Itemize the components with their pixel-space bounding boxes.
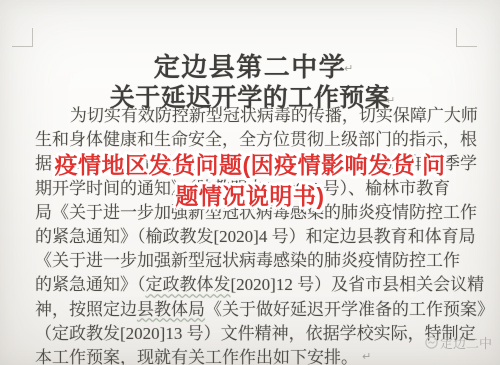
body-line: 的紧急通知》（榆政教发[2020]4 号）和定边县教育和体育局 (35, 225, 497, 249)
spellcheck-underline: 县教体局 (137, 300, 205, 319)
overlay-caption-banner: 疫情地区发货问题(因疫情影响发货 问 题情况说明书) (0, 150, 500, 212)
paragraph-mark: ↵ (344, 62, 353, 75)
body-line: 神，按照定边县教体局《关于做好延迟开学准备的工作预案》 (35, 298, 497, 322)
spellcheck-underline: 作出 (239, 348, 273, 365)
body-line: 为切实有效防控新型冠状病毒的传播，切实保障广大师 (35, 104, 497, 128)
overlay-caption-line2: 题情况说明书) (0, 181, 500, 212)
overlay-caption-line1: 疫情地区发货问题(因疫情影响发货 问 (0, 150, 500, 181)
body-line: 《关于进一步加强新型冠状病毒感染的肺炎疫情防控工作 (35, 249, 497, 273)
page-margin-mark-top-left (12, 28, 33, 47)
spellcheck-underline: 定政教体发 (146, 275, 231, 294)
paragraph-mark: ↵ (362, 350, 371, 363)
body-line: 的紧急通知》（定政教体发[2020]12 号）及省市县相关会议精 (35, 273, 497, 297)
watermark-text: 定边二中 (440, 333, 492, 352)
watermark-logo-icon (425, 336, 438, 349)
scanned-document-photo: 定边县第二中学 关于延迟开学的工作预案 ↵ ↵ 为切实有效防控新型冠状病毒的传播… (0, 0, 500, 365)
doc-body: 为切实有效防控新型冠状病毒的传播，切实保障广大师生和身体健康和生命安全，全方位贯… (35, 104, 497, 365)
page-margin-mark-top-right (456, 28, 477, 47)
body-line: 生和身体健康和生命安全，全方位贯彻上级部门的指示，根 (35, 128, 497, 152)
watermark: 定边二中 (425, 333, 492, 352)
